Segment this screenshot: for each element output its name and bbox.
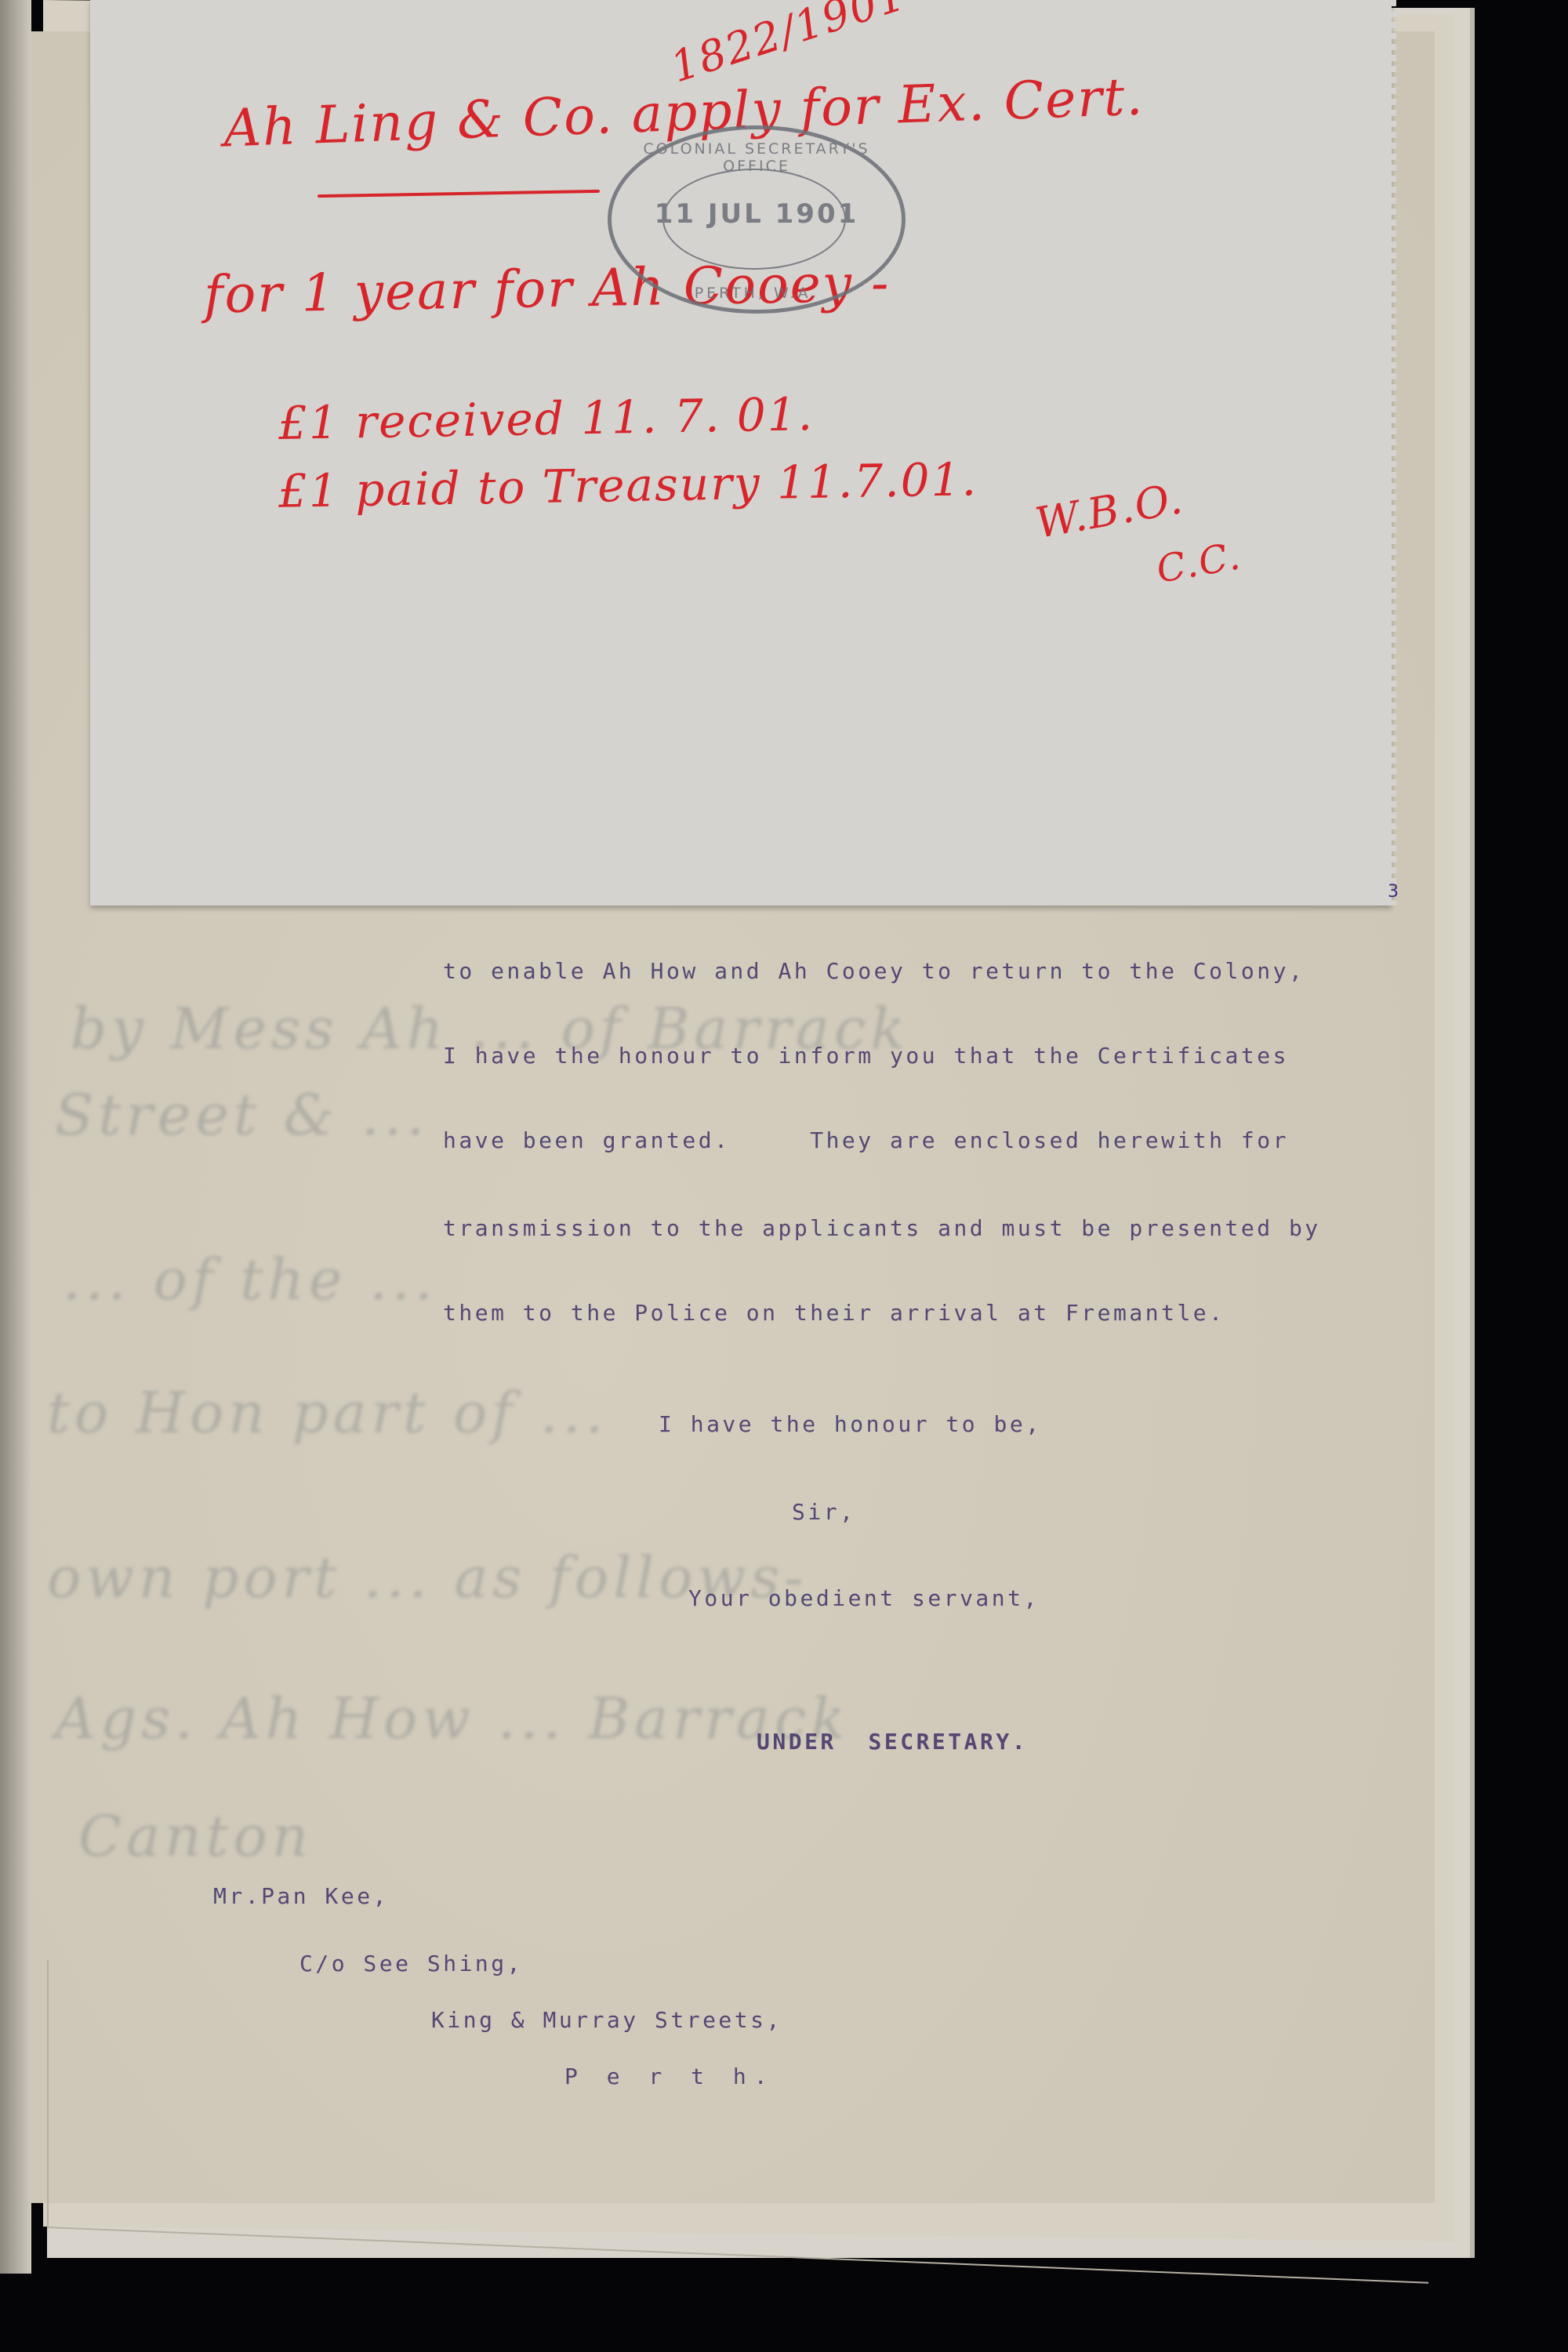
perforated-edge <box>1390 0 1396 906</box>
received-date-stamp: COLONIAL SECRETARY'S OFFICE 11 JUL 1901 … <box>608 125 906 314</box>
bleed-through-line: Street & ... <box>55 1082 429 1148</box>
address-line-name: Mr.Pan Kee, <box>213 1883 389 1909</box>
initials-suffix: C.C. <box>1153 534 1245 592</box>
letter-body-line: to enable Ah How and Ah Cooey to return … <box>443 958 1305 984</box>
binder-spine <box>0 0 31 2274</box>
stamp-date: 11 JUL 1901 <box>612 198 902 230</box>
initials-signature: W.B.O. <box>1032 474 1187 548</box>
salutation: Sir, <box>792 1499 855 1525</box>
bleed-through-line: Canton <box>78 1803 313 1869</box>
letter-body-line: have been granted. They are enclosed her… <box>443 1127 1289 1153</box>
closing-line: I have the honour to be, <box>659 1411 1042 1437</box>
letter-body-line: I have the honour to inform you that the… <box>443 1043 1289 1069</box>
letter-body-line: them to the Police on their arrival at F… <box>443 1300 1225 1326</box>
letter-body-line: transmission to the applicants and must … <box>443 1215 1321 1241</box>
address-line-street: King & Murray Streets, <box>431 2007 782 2033</box>
slip-line-received: £1 received 11. 7. 01. <box>278 387 814 450</box>
stamp-location: PERTH, W.A. <box>612 285 902 302</box>
red-underline <box>318 190 600 198</box>
address-line-city: P e r t h. <box>564 2063 775 2089</box>
bleed-through-line: to Hon part of ... <box>47 1380 608 1446</box>
page-number: 3 <box>1388 882 1399 902</box>
valediction: Your obedient servant, <box>688 1585 1040 1611</box>
signatory-title: UNDER SECRETARY. <box>757 1729 1028 1755</box>
address-line-care-of: C/o See Shing, <box>299 1951 523 1976</box>
stamp-office-text: COLONIAL SECRETARY'S OFFICE <box>612 140 902 175</box>
bleed-through-line: Ags. Ah How ... Barrack <box>55 1686 850 1751</box>
bleed-through-line: ... of the ... <box>63 1247 437 1312</box>
slip-line-paid: £1 paid to Treasury 11.7.01. <box>278 452 978 518</box>
